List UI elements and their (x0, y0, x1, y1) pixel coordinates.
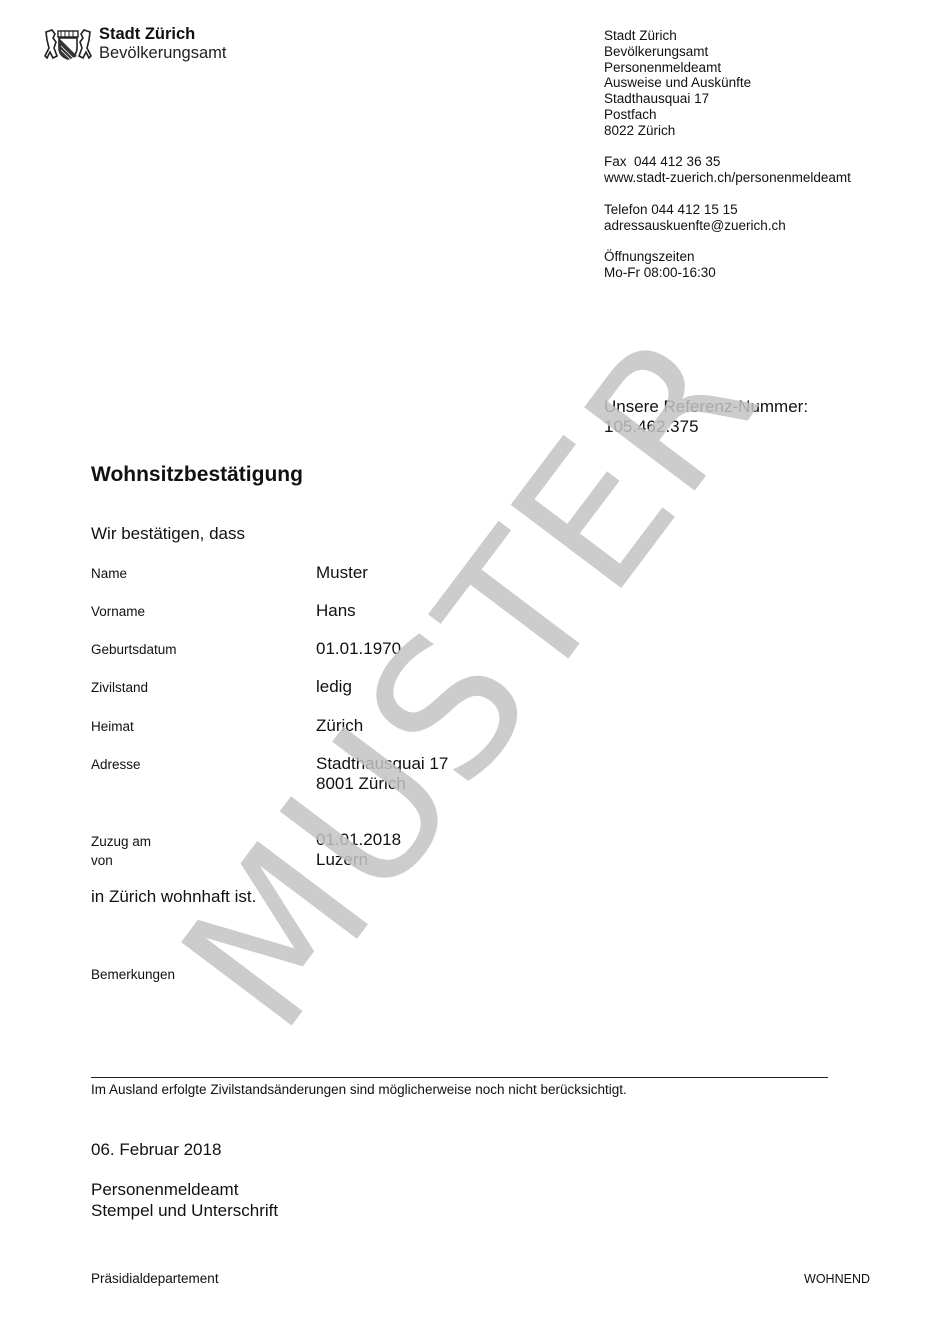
email-link[interactable]: adressauskuenfte@zuerich.ch (604, 218, 851, 234)
field-value-heimat: Zürich (316, 716, 363, 736)
signature-label: Stempel und Unterschrift (91, 1200, 278, 1221)
address-line: Postfach (604, 107, 851, 123)
address-street: Stadthausquai 17 (316, 754, 448, 774)
reference-label: Unsere Referenz-Nummer: (604, 397, 808, 417)
field-value-geburtsdatum: 01.01.1970 (316, 639, 401, 659)
field-value-zivilstand: ledig (316, 677, 352, 697)
signature-block: Personenmeldeamt Stempel und Unterschrif… (91, 1179, 278, 1221)
address-line: 8022 Zürich (604, 123, 851, 139)
field-value-name: Muster (316, 563, 368, 583)
field-label-geburtsdatum: Geburtsdatum (91, 640, 177, 659)
field-label-zuzug: Zuzug am (91, 832, 151, 851)
signature-office: Personenmeldeamt (91, 1179, 278, 1200)
document-title: Wohnsitzbestätigung (91, 463, 303, 487)
sender-address: Stadt Zürich Bevölkerungsamt Personenmel… (604, 28, 851, 281)
address-city: 8001 Zürich (316, 774, 448, 794)
opening-hours-label: Öffnungszeiten (604, 249, 851, 265)
fax-number: Fax 044 412 36 35 (604, 154, 851, 170)
address-line: Bevölkerungsamt (604, 44, 851, 60)
field-label-heimat: Heimat (91, 717, 134, 736)
field-value-vorname: Hans (316, 601, 356, 621)
phone-number: Telefon 044 412 15 15 (604, 202, 851, 218)
field-label-vorname: Vorname (91, 602, 145, 621)
reference-number: 105.462.375 (604, 417, 808, 437)
reference-block: Unsere Referenz-Nummer: 105.462.375 (604, 397, 808, 436)
field-label-name: Name (91, 564, 127, 583)
website-link[interactable]: www.stadt-zuerich.ch/personenmeldeamt (604, 170, 851, 186)
opening-hours: Mo-Fr 08:00-16:30 (604, 265, 851, 281)
address-line: Stadt Zürich (604, 28, 851, 44)
remarks-label: Bemerkungen (91, 967, 175, 982)
address-line: Stadthausquai 17 (604, 91, 851, 107)
field-label-von: von (91, 851, 113, 870)
field-value-adresse: Stadthausquai 17 8001 Zürich (316, 754, 448, 793)
field-value-von: Luzern (316, 850, 368, 870)
brand-title: Stadt Zürich (99, 25, 195, 44)
disclaimer-note: Im Ausland erfolgte Zivilstandsänderunge… (91, 1082, 627, 1097)
closing-text: in Zürich wohnhaft ist. (91, 887, 256, 907)
divider (91, 1077, 828, 1078)
address-line: Ausweise und Auskünfte (604, 75, 851, 91)
brand-subtitle: Bevölkerungsamt (99, 44, 226, 63)
address-line: Personenmeldeamt (604, 60, 851, 76)
footer-code: WOHNEND (804, 1272, 870, 1286)
zurich-coat-of-arms-icon (44, 28, 92, 60)
field-label-zivilstand: Zivilstand (91, 678, 148, 697)
intro-text: Wir bestätigen, dass (91, 524, 245, 544)
issue-date: 06. Februar 2018 (91, 1140, 221, 1160)
footer-department: Präsidialdepartement (91, 1271, 219, 1286)
field-value-zuzug: 01.01.2018 (316, 830, 401, 850)
field-label-adresse: Adresse (91, 755, 141, 774)
